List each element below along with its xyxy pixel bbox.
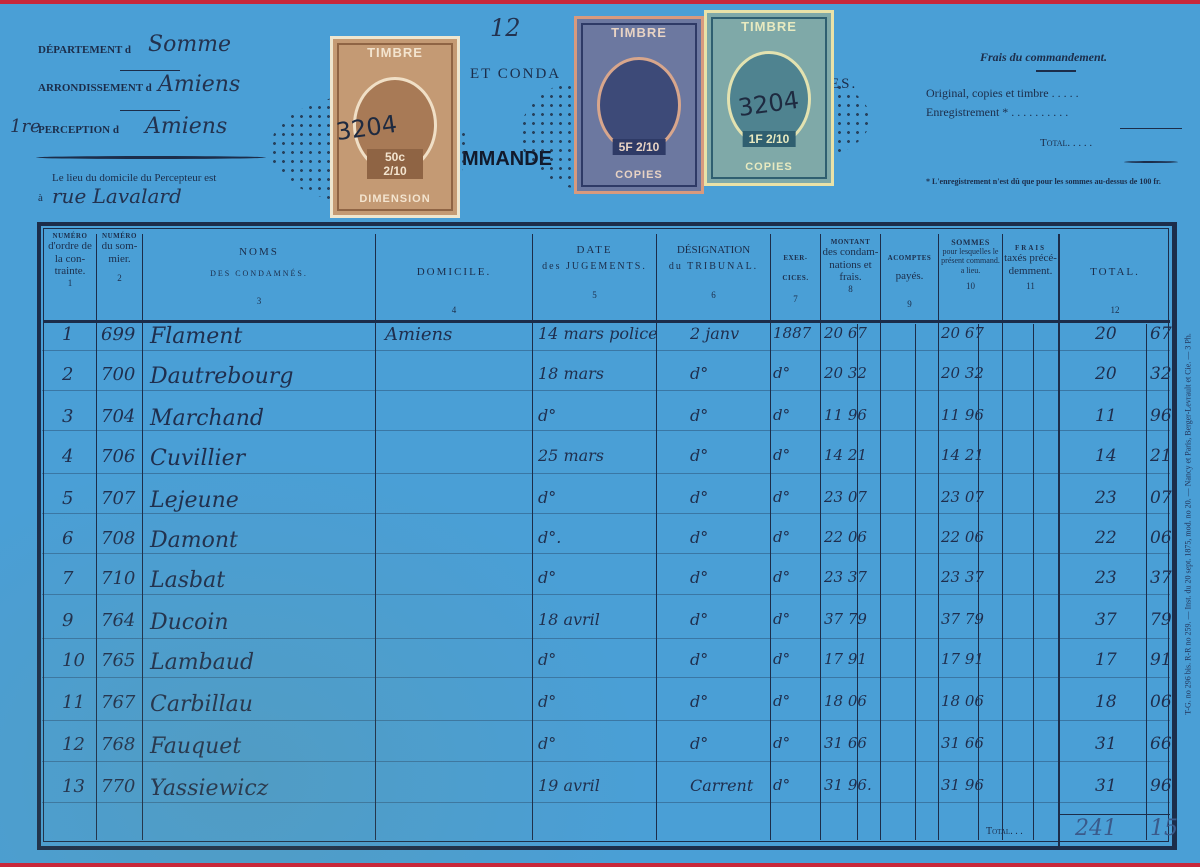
col-header-acomptes: ACOMPTES payés. 9 (881, 232, 938, 309)
montant-cell: 31 66 (824, 734, 867, 752)
exercice-cell: d° (773, 488, 790, 506)
stamp-title: TIMBRE (339, 45, 451, 60)
total-francs-cell: 22 (1095, 528, 1117, 548)
ruling-line (42, 802, 1170, 803)
total-francs-cell: 23 (1095, 488, 1117, 508)
tribunal-cell: d° (690, 488, 708, 507)
ordre-cell: 6 (62, 528, 73, 549)
sommier-cell: 700 (101, 364, 135, 385)
col-header-tribunal: DÉSIGNATION du TRIBUNAL. 6 (657, 232, 770, 300)
stamp-value: 50c 2/10 (367, 149, 423, 179)
total-centimes-cell: 67 (1150, 324, 1172, 344)
column-divider (532, 234, 533, 840)
departement-label: DÉPARTEMENT d (38, 44, 131, 56)
col-header-domicile: DOMICILE. 4 (376, 232, 532, 315)
divider (120, 110, 180, 111)
ruling-line (42, 638, 1170, 639)
total-centimes-cell: 07 (1150, 488, 1172, 508)
date-cell: 18 avril (538, 610, 600, 629)
stamp-value: 5F 2/10 (613, 139, 666, 155)
sommier-cell: 708 (101, 528, 135, 549)
total-francs-cell: 37 (1095, 610, 1117, 630)
name-cell: Cuvillier (150, 446, 245, 471)
total-francs-cell: 14 (1095, 446, 1117, 466)
header-rule (44, 320, 1170, 323)
exercice-cell: 1887 (773, 324, 811, 342)
grand-total-francs: 241 (1075, 816, 1117, 841)
col-header-exercices: EXER- CICES. 7 (771, 232, 820, 304)
sommes-cell: 14 21 (941, 446, 984, 464)
col-header-sommier: NUMÉRO du som-mier. 2 (97, 232, 142, 284)
sommes-cell: 31 96 (941, 776, 984, 794)
stamp-footer: DIMENSION (339, 193, 451, 205)
montant-cell: 17 91 (824, 650, 867, 668)
date-cell: d° (538, 406, 556, 425)
montant-cell: 23 07 (824, 488, 867, 506)
montant-cell: 14 21 (824, 446, 867, 464)
column-divider (770, 234, 771, 840)
sommes-cell: 20 67 (941, 324, 984, 342)
exercice-cell: d° (773, 528, 790, 546)
column-divider (142, 234, 143, 840)
total-francs-cell: 18 (1095, 692, 1117, 712)
tribunal-cell: d° (690, 650, 708, 669)
tribunal-cell: d° (690, 446, 708, 465)
tribunal-cell: d° (690, 364, 708, 383)
total-centimes-cell: 79 (1150, 610, 1172, 630)
perception-label: PERCEPTION d (38, 124, 119, 136)
total-centimes-cell: 96 (1150, 406, 1172, 426)
total-francs-cell: 20 (1095, 364, 1117, 384)
sommes-cell: 23 07 (941, 488, 984, 506)
total-centimes-cell: 21 (1150, 446, 1172, 466)
ruling-line (42, 350, 1170, 351)
tribunal-cell: d° (690, 610, 708, 629)
printer-imprint: T-G. no 296 bis. R-R no 259. — Inst. du … (1184, 224, 1193, 824)
exercice-cell: d° (773, 776, 790, 794)
revenue-stamp-copies-5f: TIMBRE 5F 2/10 COPIES (574, 16, 704, 194)
divider (1036, 70, 1076, 72)
col-header-ordre: NUMÉRO d'ordre de la con-trainte. 1 (44, 232, 96, 288)
total-centimes-cell: 32 (1150, 364, 1172, 384)
frais-enregistrement-line: Enregistrement * . . . . . . . . . . (926, 105, 1068, 120)
tribunal-cell: Carrent (690, 776, 753, 795)
date-cell: 14 mars police (538, 324, 658, 343)
montant-cell: 31 96. (824, 776, 872, 794)
col-header-noms: NOMS DES CONDAMNÉS. 3 (143, 232, 375, 306)
total-francs-cell: 31 (1095, 734, 1117, 754)
montant-cell: 20 67 (824, 324, 867, 342)
ordre-cell: 2 (62, 364, 73, 385)
name-cell: Ducoin (150, 610, 229, 635)
tribunal-cell: 2 janv (690, 324, 739, 343)
ordre-cell: 4 (62, 446, 73, 467)
sommes-cell: 20 32 (941, 364, 984, 382)
sheet-number: 12 (490, 14, 521, 42)
stamp-value: 1F 2/10 (743, 131, 796, 147)
total-centimes-cell: 06 (1150, 692, 1172, 712)
column-divider (880, 234, 881, 840)
sommier-cell: 770 (101, 776, 135, 797)
sommes-cell: 17 91 (941, 650, 984, 668)
exercice-cell: d° (773, 364, 790, 382)
sommes-cell: 31 66 (941, 734, 984, 752)
frais-original-line: Original, copies et timbre . . . . . (926, 86, 1079, 101)
column-divider (1002, 234, 1003, 840)
frais-title: Frais du commandement. (980, 50, 1107, 65)
total-centimes-cell: 91 (1150, 650, 1172, 670)
name-cell: Lejeune (150, 488, 239, 513)
sommier-cell: 706 (101, 446, 135, 467)
ordre-cell: 12 (62, 734, 85, 755)
total-rule (1058, 814, 1170, 815)
cents-divider (915, 324, 916, 840)
ruling-line (42, 553, 1170, 554)
domicile-cell: Amiens (385, 324, 452, 345)
exercice-cell: d° (773, 568, 790, 586)
cents-divider (1146, 324, 1147, 840)
date-cell: 25 mars (538, 446, 604, 465)
ruling-line (42, 677, 1170, 678)
name-cell: Lambaud (150, 650, 254, 675)
ornament-rule (1124, 161, 1178, 163)
sommes-cell: 37 79 (941, 610, 984, 628)
ordre-cell: 5 (62, 488, 73, 509)
exercice-cell: d° (773, 406, 790, 424)
column-divider (938, 234, 939, 840)
col-header-sommes: SOMMES pour lesquelles le présent comman… (939, 232, 1002, 291)
ruling-line (42, 720, 1170, 721)
stamp-title: TIMBRE (583, 25, 695, 40)
stamp-title: TIMBRE (713, 19, 825, 34)
title-fragment: ET CONDA (470, 66, 561, 83)
montant-cell: 22 06 (824, 528, 867, 546)
ordre-cell: 3 (62, 406, 73, 427)
total-box-edge (1058, 808, 1060, 850)
total-centimes-cell: 66 (1150, 734, 1172, 754)
column-divider (96, 234, 97, 840)
ordre-cell: 11 (62, 692, 85, 713)
col-header-total: TOTAL. 12 (1060, 232, 1170, 315)
sommier-cell: 768 (101, 734, 135, 755)
stamp-footer: COPIES (583, 169, 695, 181)
name-cell: Damont (150, 528, 238, 553)
perception-value: Amiens (145, 114, 227, 139)
ruling-line (42, 390, 1170, 391)
cents-divider (1033, 324, 1034, 840)
name-cell: Lasbat (150, 568, 225, 593)
arrondissement-label: ARRONDISSEMENT d (38, 82, 152, 94)
ornament-rule (36, 156, 266, 159)
date-cell: d° (538, 650, 556, 669)
ordre-cell: 10 (62, 650, 85, 671)
name-cell: Yassiewicz (150, 776, 268, 801)
date-cell: d° (538, 568, 556, 587)
tribunal-cell: d° (690, 734, 708, 753)
grand-total-centimes: 15 (1150, 816, 1178, 841)
total-centimes-cell: 37 (1150, 568, 1172, 588)
date-cell: 18 mars (538, 364, 604, 383)
grand-total-label: Total. . . (986, 826, 1023, 837)
ordre-cell: 9 (62, 610, 73, 631)
departement-value: Somme (148, 32, 231, 57)
column-divider (375, 234, 376, 840)
ruling-line (42, 513, 1170, 514)
perception-prefix: 1re (10, 116, 41, 137)
document-sheet: DÉPARTEMENT d Somme ARRONDISSEMENT d Ami… (0, 4, 1200, 863)
exercice-cell: d° (773, 446, 790, 464)
domicile-prefix: à (38, 192, 43, 204)
date-cell: d° (538, 734, 556, 753)
column-divider (1058, 234, 1060, 840)
ordre-cell: 7 (62, 568, 73, 589)
montant-cell: 23 37 (824, 568, 867, 586)
montant-cell: 20 32 (824, 364, 867, 382)
arrondissement-value: Amiens (158, 72, 240, 97)
col-header-montant: MONTANT des condam-nations et frais. 8 (821, 232, 880, 294)
exercice-cell: d° (773, 610, 790, 628)
montant-cell: 18 06 (824, 692, 867, 710)
sommes-cell: 23 37 (941, 568, 984, 586)
col-header-date: DATE des JUGEMENTS. 5 (533, 232, 656, 300)
total-francs-cell: 11 (1095, 406, 1117, 426)
sommier-cell: 767 (101, 692, 135, 713)
sommier-cell: 699 (101, 324, 135, 345)
ruling-line (42, 761, 1170, 762)
name-cell: Fauquet (150, 734, 241, 759)
sommes-cell: 22 06 (941, 528, 984, 546)
sommier-cell: 764 (101, 610, 135, 631)
frais-total-label: Total. . . . . (1040, 137, 1092, 149)
divider (1120, 128, 1182, 129)
domicile-value: rue Lavalard (52, 184, 182, 208)
tribunal-cell: d° (690, 568, 708, 587)
ruling-line (42, 594, 1170, 595)
exercice-cell: d° (773, 650, 790, 668)
total-box-bottom (1058, 847, 1174, 850)
divider (120, 70, 180, 71)
ordre-cell: 13 (62, 776, 85, 797)
tribunal-cell: d° (690, 528, 708, 547)
total-centimes-cell: 06 (1150, 528, 1172, 548)
total-francs-cell: 23 (1095, 568, 1117, 588)
total-centimes-cell: 96 (1150, 776, 1172, 796)
domicile-text: Le lieu du domicile du Percepteur est (52, 172, 216, 184)
name-cell: Flament (150, 324, 242, 349)
column-divider (820, 234, 821, 840)
montant-cell: 37 79 (824, 610, 867, 628)
date-cell: 19 avril (538, 776, 600, 795)
sommes-cell: 18 06 (941, 692, 984, 710)
sommier-cell: 707 (101, 488, 135, 509)
sommes-cell: 11 96 (941, 406, 984, 424)
date-cell: d°. (538, 528, 561, 547)
total-francs-cell: 31 (1095, 776, 1117, 796)
sommier-cell: 710 (101, 568, 135, 589)
name-cell: Dautrebourg (150, 364, 293, 389)
date-cell: d° (538, 692, 556, 711)
sommier-cell: 704 (101, 406, 135, 427)
stamp-footer: COPIES (713, 161, 825, 173)
tribunal-cell: d° (690, 406, 708, 425)
tribunal-cell: d° (690, 692, 708, 711)
exercice-cell: d° (773, 734, 790, 752)
name-cell: Carbillau (150, 692, 253, 717)
montant-cell: 11 96 (824, 406, 867, 424)
sommier-cell: 765 (101, 650, 135, 671)
col-header-frais: FRAIS taxés précé-demment. 11 (1003, 232, 1058, 292)
ruling-line (42, 473, 1170, 474)
date-cell: d° (538, 488, 556, 507)
frais-footnote: * L'enregistrement n'est dû que pour les… (926, 177, 1181, 187)
total-francs-cell: 17 (1095, 650, 1117, 670)
ordre-cell: 1 (62, 324, 73, 345)
name-cell: Marchand (150, 406, 264, 431)
exercice-cell: d° (773, 692, 790, 710)
total-francs-cell: 20 (1095, 324, 1117, 344)
